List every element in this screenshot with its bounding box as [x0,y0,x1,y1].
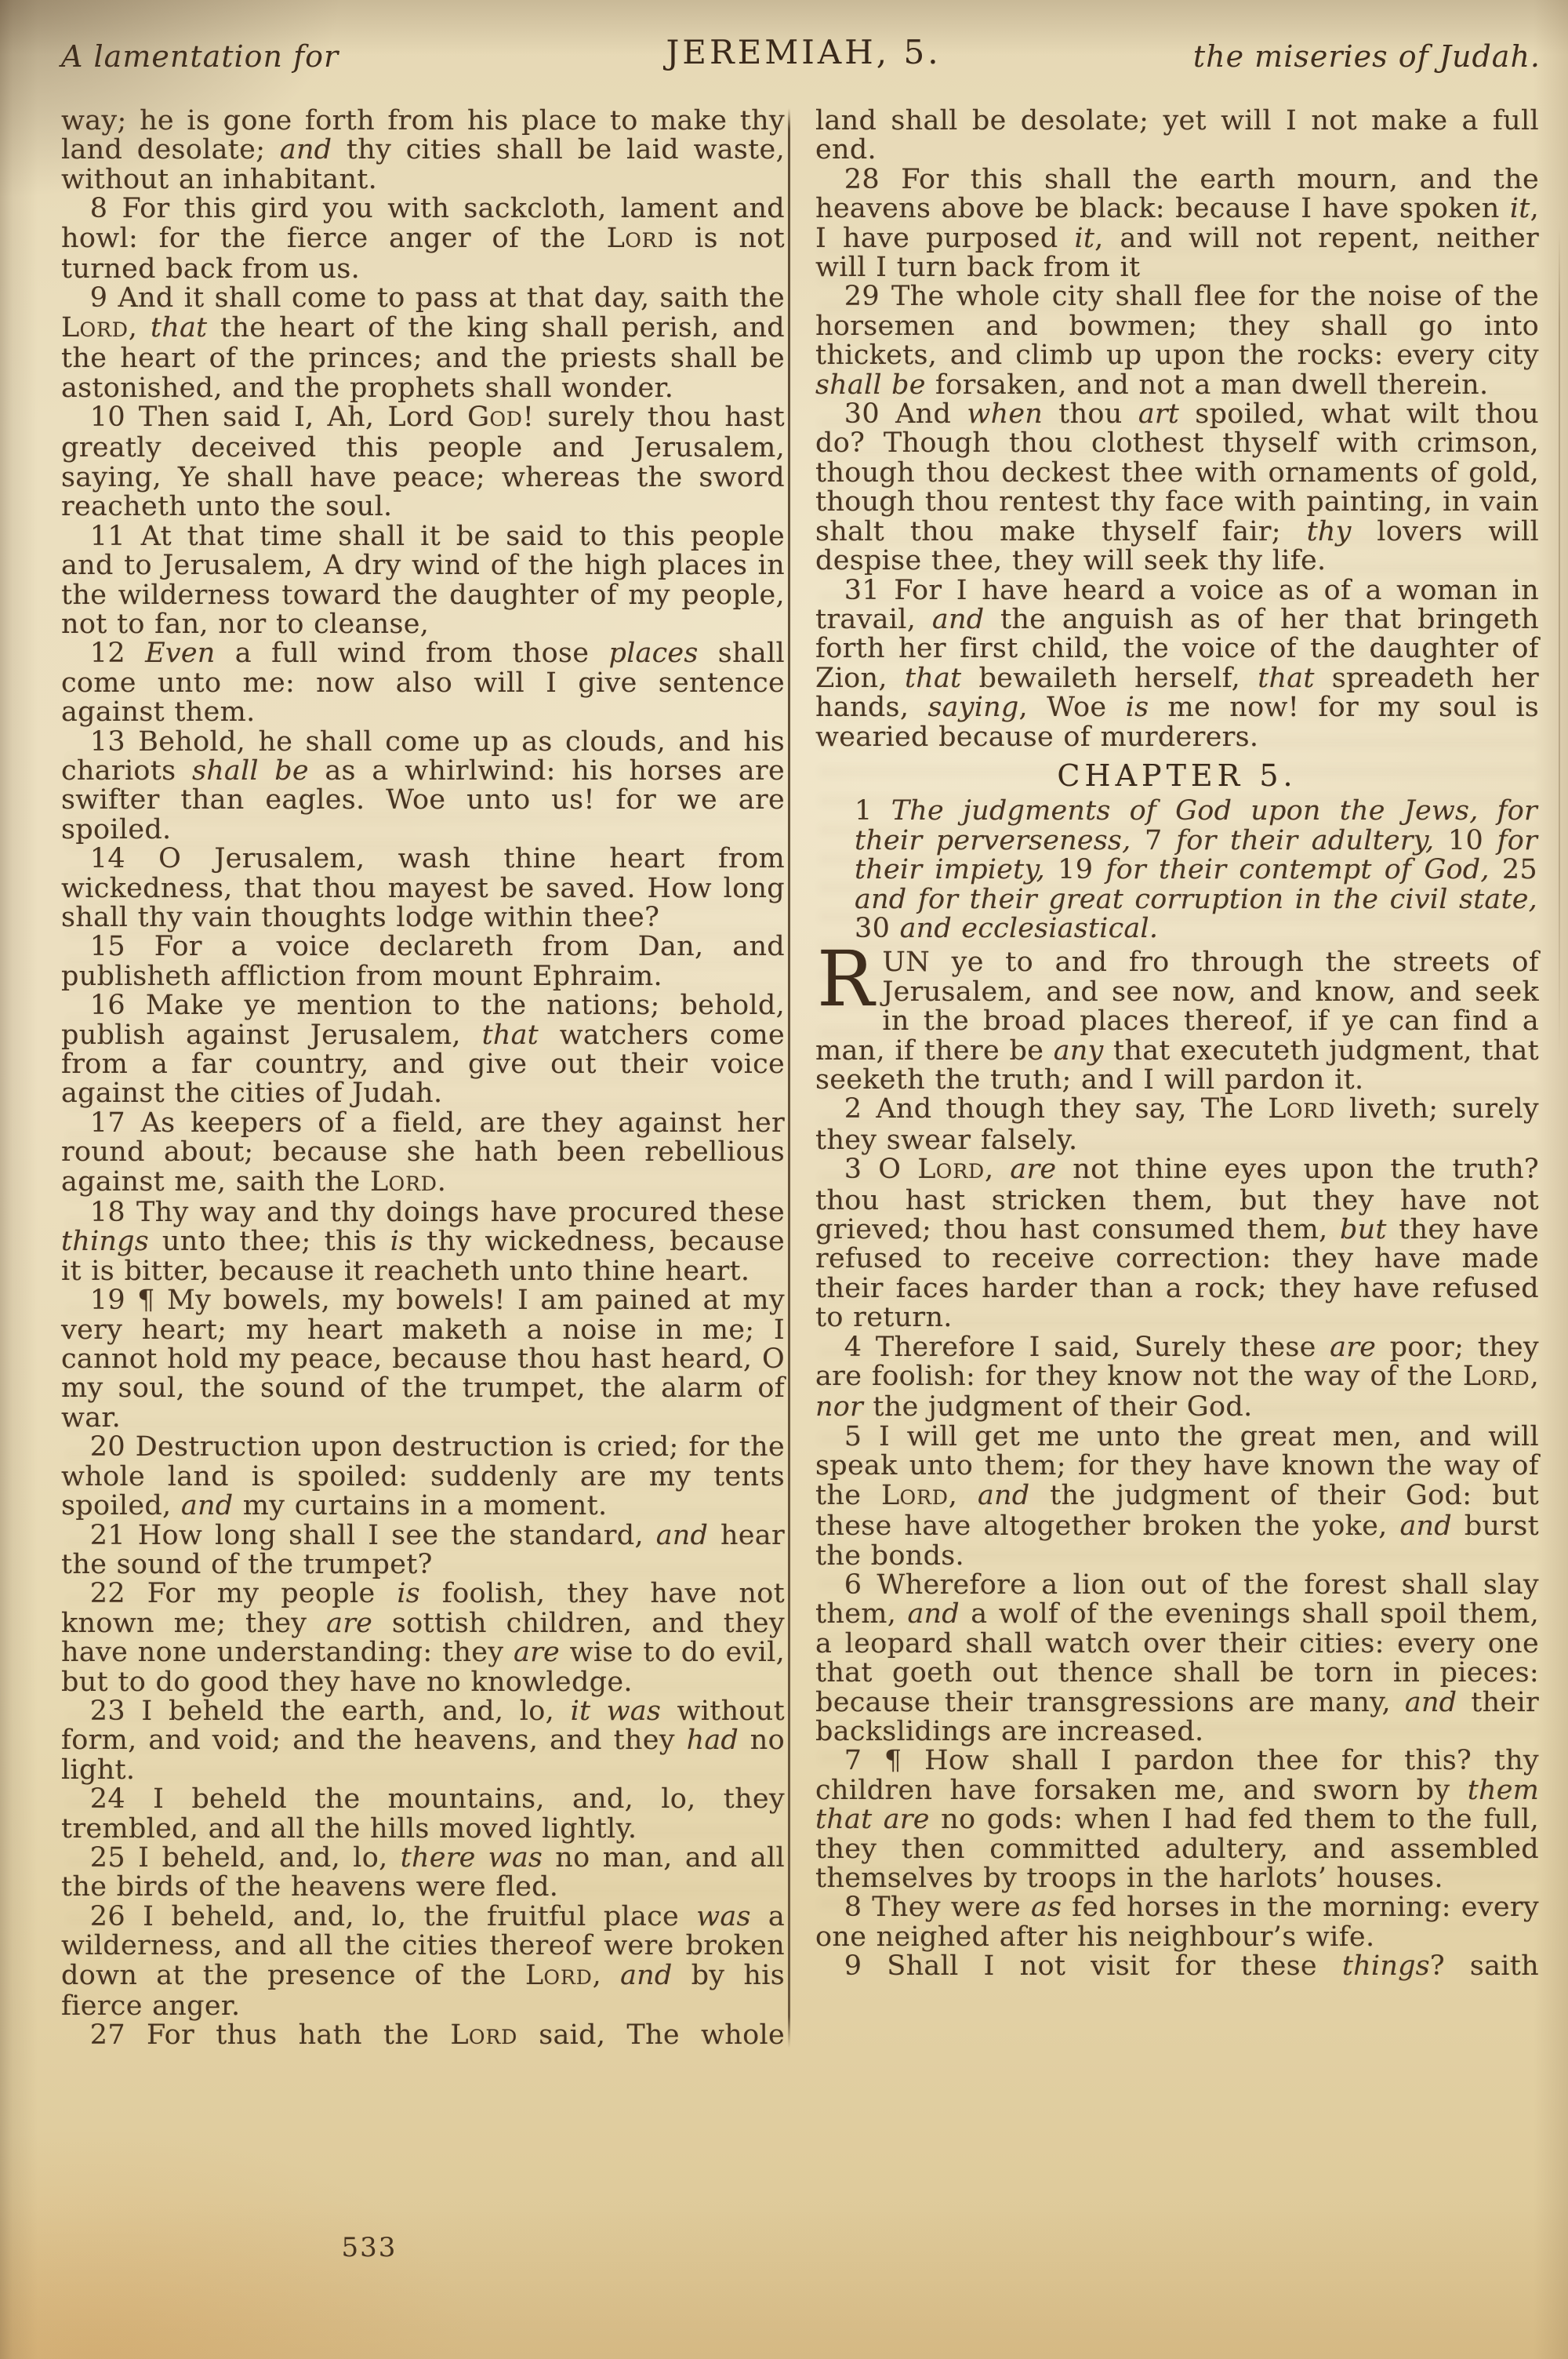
verse-number: 17 [90,1107,141,1139]
verse-8: 8 They were as fed horses in the morning… [815,1893,1539,1952]
verse-number: 8 [844,1892,872,1923]
verse-number: 19 ¶ [90,1285,167,1316]
verse-5: 5 I will get me unto the great men, and … [815,1423,1539,1571]
verse-continuation: land shall be desolate; yet will I not m… [815,107,1539,165]
verse-31: 31 For I have heard a voice as of a woma… [815,576,1539,752]
verse-24: 24 I beheld the mountains, and, lo, they… [61,1785,785,1844]
running-head-left: A lamentation for [61,39,339,74]
small-caps-divine-name: LORD [370,1166,437,1198]
verse-17: 17 As keepers of a field, are they again… [61,1109,785,1198]
verse-number: 9 [844,1950,887,1982]
column-divider-rule [788,108,790,2048]
verse-1-dropcap: RUN ye to and fro through the streets of… [815,948,1539,1095]
verse-number: 16 [90,990,146,1021]
verse-number: 22 [90,1578,147,1609]
small-caps-divine-name: LORD [607,223,674,254]
verse-number: 23 [90,1696,142,1727]
verse-11: 11 At that time shall it be said to this… [61,522,785,640]
right-column: land shall be desolate; yet will I not m… [815,107,1539,2052]
verse-30: 30 And when thou art spoiled, what wilt … [815,400,1539,576]
scanned-bible-page: { "header": { "left": "A lamentation for… [0,0,1568,2359]
verse-number: 2 [844,1093,877,1125]
verse-19: 19 ¶ My bowels, my bowels! I am pained a… [61,1286,785,1433]
verse-14: 14 O Jerusalem, wash thine heart from wi… [61,845,785,932]
verse-number: 29 [844,281,891,312]
verse-number: 25 [90,1842,138,1874]
small-caps-divine-name: LORD [61,312,129,343]
verse-number: 26 [90,1901,143,1932]
running-head-title: JEREMIAH, 5. [666,33,941,71]
verse-number: 9 [90,282,118,314]
verse-9: 9 Shall I not visit for these things? sa… [815,1952,1539,1981]
verse-29: 29 The whole city shall flee for the noi… [815,282,1539,400]
verse-28: 28 For this shall the earth mourn, and t… [815,165,1539,283]
verse-7: 7 ¶ How shall I pardon thee for this? th… [815,1747,1539,1893]
verse-number: 27 [90,2019,147,2051]
verse-9: 9 And it shall come to pass at that day,… [61,284,785,403]
small-caps-divine-name: GOD [467,402,523,433]
verse-number: 20 [90,1431,136,1463]
verse-13: 13 Behold, he shall come up as clouds, a… [61,728,785,845]
verse-number: 11 [90,521,141,552]
small-caps-divine-name: LORD [450,2019,517,2051]
page-number: 533 [61,2232,677,2263]
small-caps-divine-name: LORD [525,1960,593,1991]
verse-3: 3 O LORD, are not thine eyes upon the tr… [815,1155,1539,1332]
verse-8: 8 For this gird you with sackcloth, lame… [61,194,785,284]
text-columns: way; he is gone forth from his place to … [61,107,1543,2052]
verse-10: 10 Then said I, Ah, Lord GOD! surely tho… [61,403,785,522]
verse-number: 3 [844,1154,879,1185]
verse-18: 18 Thy way and thy doings have procured … [61,1198,785,1286]
verse-number: 30 [844,398,895,430]
drop-cap-letter: R [817,951,874,1009]
verse-25: 25 I beheld, and, lo, there was no man, … [61,1844,785,1903]
running-head: A lamentation for JEREMIAH, 5. the miser… [61,33,1541,80]
verse-number: 7 ¶ [844,1745,924,1776]
verse-number: 13 [90,726,138,758]
small-caps-divine-name: LORD [881,1480,949,1511]
chapter-heading: CHAPTER 5. [815,761,1539,791]
verse-number: 10 [90,402,139,433]
verse-number: 12 [90,638,145,669]
verse-6: 6 Wherefore a lion out of the forest sha… [815,1571,1539,1747]
verse-20: 20 Destruction upon destruction is cried… [61,1433,785,1521]
drop-cap-lead: UN [882,947,930,978]
verse-number: 8 [90,193,122,224]
verse-number: 15 [90,931,154,962]
left-column: way; he is gone forth from his place to … [61,107,785,2052]
page-edge-line [1559,227,1560,1059]
verse-number: 5 [844,1421,879,1452]
small-caps-divine-name: LORD [917,1154,985,1185]
verse-23: 23 I beheld the earth, and, lo, it was w… [61,1697,785,1785]
small-caps-divine-name: LORD [1268,1093,1335,1125]
verse-21: 21 How long shall I see the standard, an… [61,1521,785,1580]
verse-number: 6 [844,1569,877,1601]
verse-15: 15 For a voice declareth from Dan, and p… [61,932,785,991]
verse-22: 22 For my people is foolish, they have n… [61,1579,785,1697]
verse-number: 18 [90,1197,136,1228]
verse-continuation: way; he is gone forth from his place to … [61,107,785,194]
verse-26: 26 I beheld, and, lo, the fruitful place… [61,1903,785,2022]
running-head-right: the miseries of Judah. [1193,39,1541,74]
verse-number: 31 [844,575,895,606]
verse-number: 14 [90,843,158,874]
verse-16: 16 Make ye mention to the nations; behol… [61,991,785,1109]
verse-number: 28 [844,164,902,195]
verse-4: 4 Therefore I said, Surely these are poo… [815,1333,1539,1423]
verse-2: 2 And though they say, The LORD liveth; … [815,1095,1539,1155]
small-caps-divine-name: LORD [1463,1361,1530,1392]
verse-number: 4 [844,1332,876,1363]
verse-number: 24 [90,1783,153,1815]
verse-27: 27 For thus hath the LORD said, The whol… [61,2021,785,2052]
verse-12: 12 Even a full wind from those places sh… [61,639,785,727]
chapter-summary: 1 The judgments of God upon the Jews, fo… [855,797,1539,943]
verse-number: 21 [90,1520,138,1551]
